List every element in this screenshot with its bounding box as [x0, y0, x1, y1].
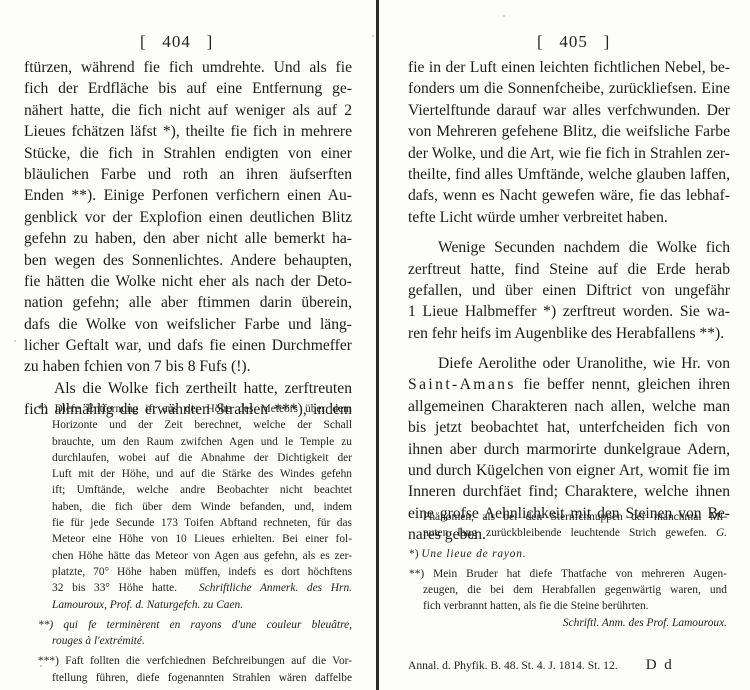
footnote-line: fich verbrannt hatten, als fie die Stein… — [409, 598, 727, 614]
text-line: von Mehreren gefehene Blitz, die weifsli… — [408, 121, 730, 142]
text-fragment: fie beffer nennt, gleichen ihren — [516, 376, 730, 393]
name-spaced: Saint-Amans — [408, 376, 516, 393]
footnote-attribution: Lamouroux, Prof. d. Naturgefch. zu Caen. — [38, 597, 352, 613]
text-line: der Wolke, und die Art, wie fie fich in … — [408, 143, 730, 164]
text-line: fich der Erdfläche bis auf eine Entfernu… — [24, 78, 352, 99]
footnote-line: chen Höhe hätte das Meteor von Agen aus … — [38, 548, 352, 564]
text-line: Viertelftunde darauf war alles verfchwun… — [408, 100, 730, 121]
text-line: genblick vor der Explofion einen deutlic… — [24, 207, 352, 228]
footnote-line: ift; Umftände, welche andre Beobachter n… — [38, 482, 352, 498]
body-text: fie in der Luft einen leichten fichtlich… — [408, 57, 730, 546]
footnote-attribution: Schriftliche Anmerk. des Hrn. — [199, 582, 352, 594]
signature-line: Annal. d. Phyfik. B. 48. St. 4. J. 1814.… — [408, 657, 674, 674]
scan-speck — [186, 44, 188, 46]
text-line: fie in der Luft einen leichten fichtlich… — [408, 57, 730, 78]
sheet-mark: D d — [646, 657, 674, 673]
page-number: [ 404 ] — [140, 32, 213, 52]
footnote-line: rouges à l'extrémité. — [38, 633, 352, 649]
footnote-line: fie für jede Secunde 173 Toifen Abftand … — [38, 515, 352, 531]
text-line: ren fehr heifs im Augenblike des Herabfa… — [408, 323, 730, 344]
text-line: Als die Wolke fich zertheilt hatte, zerf… — [24, 378, 352, 399]
footnote-line: 32 bis 33° Höhe hatte.Schriftliche Anmer… — [38, 580, 352, 596]
text-line: bläulichen Farbe und roth an ihren äufse… — [24, 164, 352, 185]
text-line: Wenige Secunden nachdem die Wolke fich — [408, 237, 730, 258]
text-line: gefehn zu haben, den aber nicht alle bem… — [24, 228, 352, 249]
footnote-text: Une lieue de rayon. — [421, 548, 526, 560]
page-number: [ 405 ] — [537, 32, 610, 52]
text-line: zerftreut hatte, find Steine auf die Erd… — [408, 259, 730, 280]
footnote-marker: *) — [409, 548, 419, 560]
footnote-1: *) Une lieue de rayon. — [409, 546, 727, 562]
text-line: Inneren durchfäet find; Charaktere, welc… — [408, 481, 730, 502]
text-line: Saint-Amans fie beffer nennt, gleichen i… — [408, 374, 730, 395]
text-line: dafs, wenn es Nacht gewefen wäre, fie da… — [408, 185, 730, 206]
footnote-line: ***) Faft follten die verfchiednen Befch… — [38, 653, 352, 669]
footnote-line: ftellung führen, diefe fogenannten Strah… — [38, 670, 352, 686]
footnote-line: Meteor eine Höhe von 10 Lieues erhielten… — [38, 531, 352, 547]
footnote-2: **) qui fe terminèrent en rayons d'une c… — [38, 617, 352, 650]
text-line: Stücke, die fich in Strahlen endigten vo… — [24, 143, 352, 164]
text-line: und durch Kügelchen von eigner Art, womi… — [408, 460, 730, 481]
text-line: Lieues fchätzen läfst *), theilte fie fi… — [24, 121, 352, 142]
footnote-line: **) Mein Bruder hat diefe Thatfache von … — [409, 566, 727, 582]
footnote-line: Horizonte und der Zeit berechnet, welche… — [38, 417, 352, 433]
text-line: 1 Lieue Halbmeffer *) zerftreut worden. … — [408, 301, 730, 322]
text-line: ftürzen, während fie fich umdrehte. Und … — [24, 57, 352, 78]
text-line: dafs die Wolke von weifslicher Farbe und… — [24, 314, 352, 335]
text-line: gefallen, und über einen Diftrict von un… — [408, 280, 730, 301]
text-line: fonders um die Sonnenfcheibe, zurücklief… — [408, 78, 730, 99]
book-spread: [ 404 ] ftürzen, während fie fich umdreh… — [0, 0, 750, 690]
scan-speck — [503, 15, 505, 17]
text-line: ben wegen des Sonnenlichtes. Andere beha… — [24, 250, 352, 271]
journal-reference: Annal. d. Phyfik. B. 48. St. 4. J. 1814.… — [408, 659, 618, 672]
text-line: allgemeinen Charakteren nach allen, welc… — [408, 396, 730, 417]
text-line: licher Geftalt war, und dafs fie einen D… — [24, 335, 352, 356]
footnote-line: *) Diefe Entfernung ift aus der Höhe des… — [38, 401, 352, 417]
text-line: Diefe Aerolithe oder Uranolithe, wie Hr.… — [408, 353, 730, 374]
scan-speck — [40, 665, 42, 667]
footnote-3: ***) Faft follten die verfchiednen Befch… — [38, 653, 352, 686]
footnote-line: Phänomen, als bei den Sternfchnuppen der… — [409, 509, 727, 525]
paragraph-2: Wenige Secunden nachdem die Wolke fich z… — [408, 237, 730, 344]
body-text: ftürzen, während fie fich umdrehte. Und … — [24, 57, 352, 421]
text-line: ihnen aber durch marmorirte dunkelgraue … — [408, 439, 730, 460]
footnote-line: nuten lang zurückbleibende leuchtende St… — [409, 525, 727, 541]
footnote-line: zeugen, die bei dem Herabfallen gegenwär… — [409, 582, 727, 598]
right-page: [ 405 ] fie in der Luft einen leichten f… — [379, 0, 750, 690]
left-page: [ 404 ] ftürzen, während fie fich umdreh… — [0, 0, 376, 690]
footnote-1: *) Diefe Entfernung ift aus der Höhe des… — [38, 401, 352, 613]
footnote-text: nuten lang zurückbleibende leuchtende St… — [423, 527, 707, 539]
scan-speck — [372, 35, 374, 37]
footnote-line: durchlaufen, wobei auf die Abnahme der D… — [38, 450, 352, 466]
footnote-line: platzte, 70° Höhe haben müffen, indefs e… — [38, 564, 352, 580]
footnote-line: haben, die fich über dem Winde befanden,… — [38, 499, 352, 515]
text-line: bis jetzt beobachtet hat, unterfcheiden … — [408, 417, 730, 438]
footnote-continued: Phänomen, als bei den Sternfchnuppen der… — [409, 509, 727, 542]
text-line: fie hätten die Wolke nicht eher als nach… — [24, 271, 352, 292]
scan-speck — [14, 340, 16, 342]
footnote-line: Luft mit der Höhe, und auf die Stärke de… — [38, 466, 352, 482]
text-line: nähert hatte, die fich nicht auf weniger… — [24, 100, 352, 121]
footnotes: Phänomen, als bei den Sternfchnuppen der… — [409, 509, 727, 631]
footnote-attribution: Schriftl. Anm. des Prof. Lamouroux. — [409, 615, 727, 631]
text-line: zu haben fchien von 7 bis 8 Fufs (!). — [24, 356, 352, 377]
text-line: nation gefehn; alle aber ftimmen darin ü… — [24, 292, 352, 313]
footnote-2: **) Mein Bruder hat diefe Thatfache von … — [409, 566, 727, 631]
footnote-line: *) Une lieue de rayon. — [409, 546, 727, 562]
footnotes: *) Diefe Entfernung ift aus der Höhe des… — [38, 401, 352, 686]
text-line: theilte, find alles Umftände, welche gla… — [408, 164, 730, 185]
text-line: Enden **). Einige Perfonen verfichern ei… — [24, 185, 352, 206]
paragraph-1: fie in der Luft einen leichten fichtlich… — [408, 57, 730, 228]
footnote-signature: G. — [716, 527, 727, 539]
footnote-line: **) qui fe terminèrent en rayons d'une c… — [38, 617, 352, 633]
text-line: tefte Licht würde umher verbreitet haben… — [408, 207, 730, 228]
footnote-text: 32 bis 33° Höhe hatte. — [52, 582, 177, 594]
footnote-line: brauchte, um den Raum zwifchen Agen und … — [38, 434, 352, 450]
